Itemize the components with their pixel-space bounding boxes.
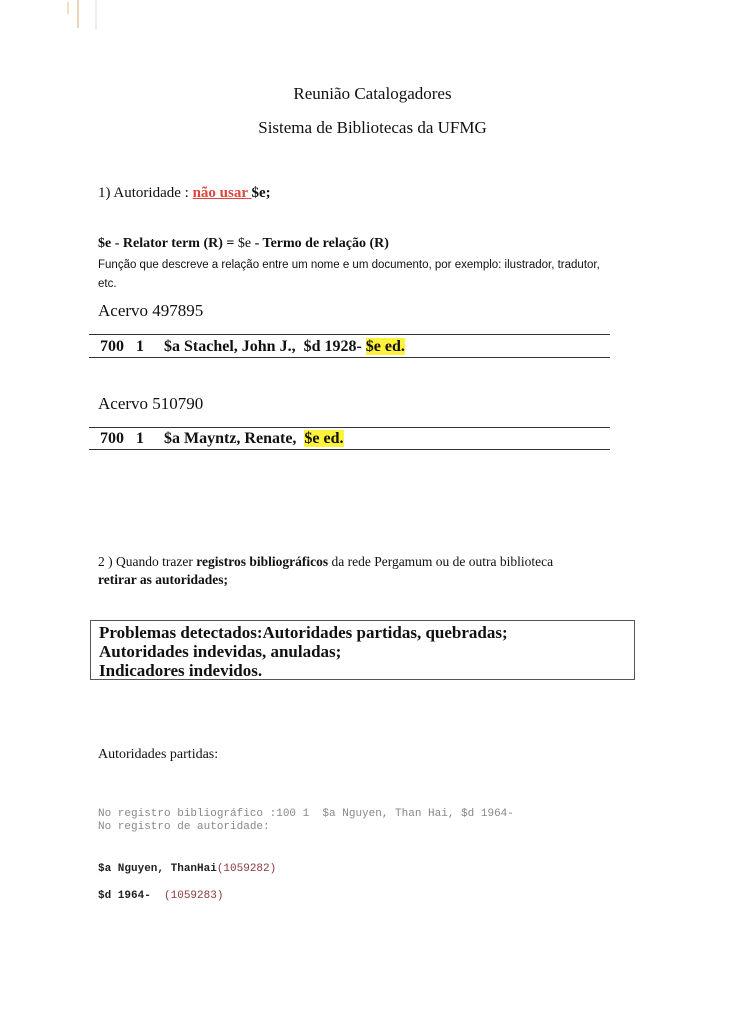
acervo-label: Acervo 510790 (98, 394, 203, 414)
rule-1: 1) Autoridade : não usar $e; (98, 185, 271, 202)
bib-record-line: No registro bibliográfico :100 1 $a Nguy… (98, 808, 514, 820)
rule-2-bold: registros bibliográficos (196, 554, 328, 569)
problem-line: Indicadores indevidos. (99, 661, 634, 680)
definition-bold-part-2: - Termo de relação (R) (251, 236, 389, 251)
highlighted-subfield: $e ed. (304, 430, 343, 447)
document-title: Reunião Catalogadores (0, 84, 745, 104)
marc-field-row: 700 1 $a Stachel, John J., $d 1928- $e e… (100, 338, 405, 356)
rule-1-prefix: 1) Autoridade : (98, 185, 193, 201)
section-heading: Autoridades partidas: (98, 747, 218, 763)
rule-1-code: $e; (252, 185, 271, 201)
authority-id: (1059282) (217, 863, 276, 875)
problem-line: Problemas detectados:Autoridades partida… (99, 623, 634, 642)
marc-field-text: 700 1 $a Stachel, John J., $d 1928- (100, 338, 366, 355)
authority-entry: $d 1964- (1059283) (98, 890, 223, 902)
authority-record-line: No registro de autoridade: (98, 821, 270, 833)
rule-2-text: 2 ) Quando trazer (98, 554, 196, 569)
rule-2-text: da rede Pergamum ou de outra biblioteca (328, 554, 553, 569)
authority-field: $d 1964- (98, 890, 164, 902)
relator-term-definition-heading: $e - Relator term (R) = $e - Termo de re… (98, 236, 389, 252)
divider (89, 357, 610, 358)
divider (89, 449, 610, 450)
problem-line: Autoridades indevidas, anuladas; (99, 642, 634, 661)
definition-normal-part: $e (238, 236, 251, 251)
rule-1-warning: não usar (193, 185, 252, 201)
problems-box: Problemas detectados:Autoridades partida… (90, 620, 635, 680)
scan-artifact (64, 0, 104, 40)
authority-field: $a Nguyen, ThanHai (98, 863, 217, 875)
definition-bold-part: $e - Relator term (R) = (98, 236, 238, 251)
marc-field-text: 700 1 $a Mayntz, Renate, (100, 430, 304, 447)
authority-id: (1059283) (164, 890, 223, 902)
marc-field-row: 700 1 $a Mayntz, Renate, $e ed. (100, 430, 344, 448)
divider (89, 334, 610, 335)
relator-term-definition-text: Função que descreve a relação entre um n… (98, 256, 618, 294)
authority-entry: $a Nguyen, ThanHai(1059282) (98, 863, 276, 875)
divider (89, 427, 610, 428)
highlighted-subfield: $e ed. (366, 338, 405, 355)
rule-2: 2 ) Quando trazer registros bibliográfic… (98, 553, 618, 589)
acervo-label: Acervo 497895 (98, 301, 203, 321)
document-subtitle: Sistema de Bibliotecas da UFMG (0, 118, 745, 138)
rule-2-bold: retirar as autoridades; (98, 572, 228, 587)
